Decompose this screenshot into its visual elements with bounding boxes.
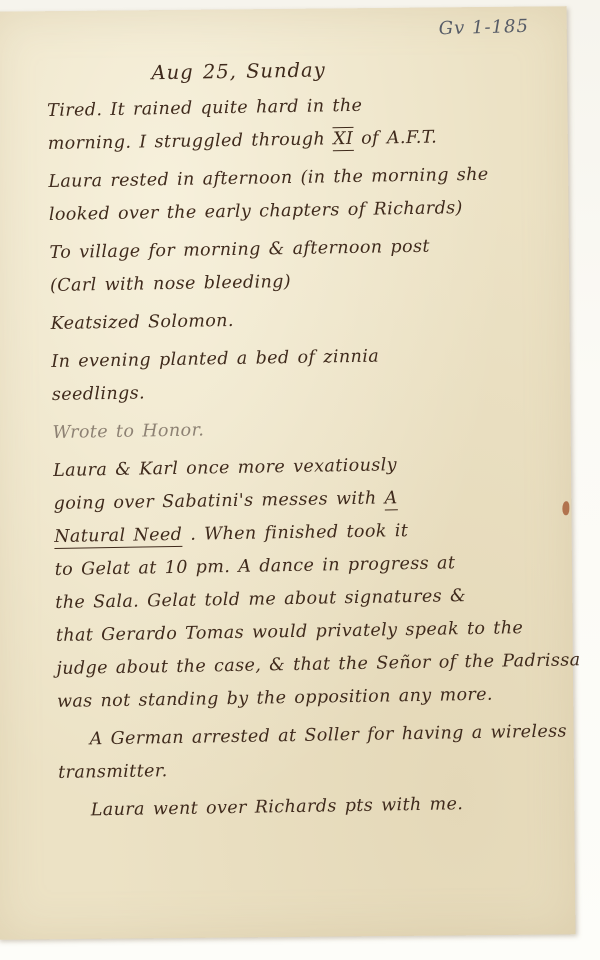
entry-date-heading: Aug 25, Sunday bbox=[151, 55, 551, 85]
manuscript-line: was not standing by the opposition any m… bbox=[57, 678, 562, 719]
underlined-phrase: XI bbox=[333, 127, 354, 151]
text-segment: In evening planted a bed of zinnia bbox=[51, 347, 379, 372]
manuscript-line: morning. I struggled through XI of A.F.T… bbox=[47, 120, 552, 161]
text-segment: seedlings. bbox=[52, 383, 145, 405]
manuscript-line: Laura went over Richards pts with me. bbox=[59, 787, 564, 828]
underlined-phrase: Natural Need bbox=[54, 525, 182, 549]
text-segment: looked over the early chapters of Richar… bbox=[49, 198, 463, 225]
manuscript-line: (Carl with nose bleeding) bbox=[50, 262, 555, 303]
text-segment: was not standing by the opposition any m… bbox=[57, 685, 493, 712]
manuscript-line: transmitter. bbox=[58, 749, 563, 790]
manuscript-line: looked over the early chapters of Richar… bbox=[49, 191, 554, 232]
text-segment: Tired. It rained quite hard in the bbox=[47, 96, 362, 121]
text-segment: Laura went over Richards pts with me. bbox=[91, 794, 464, 820]
text-segment: (Carl with nose bleeding) bbox=[50, 272, 291, 296]
text-segment: Wrote to Honor. bbox=[52, 420, 204, 443]
text-segment: of A.F.T. bbox=[353, 128, 437, 149]
text-segment: Laura rested in afternoon (in the mornin… bbox=[48, 165, 489, 192]
entry-lines: Tired. It rained quite hard in themornin… bbox=[47, 87, 564, 828]
text-segment: that Gerardo Tomas would privately speak… bbox=[56, 618, 524, 646]
text-segment: judge about the case, & that the Señor o… bbox=[56, 650, 580, 679]
archival-reference-number: Gv 1-185 bbox=[438, 16, 529, 39]
diary-entry: Aug 25, Sunday Tired. It rained quite ha… bbox=[46, 55, 564, 828]
text-segment: transmitter. bbox=[58, 761, 168, 783]
manuscript-line: Wrote to Honor. bbox=[52, 409, 557, 450]
text-segment: going over Sabatini's messes with bbox=[54, 488, 385, 513]
text-segment: A German arrested at Soller for having a… bbox=[89, 721, 567, 749]
manuscript-line: seedlings. bbox=[52, 371, 557, 412]
text-segment: the Sala. Gelat told me about signatures… bbox=[55, 586, 466, 613]
manuscript-line: Keatsized Solomon. bbox=[50, 300, 555, 341]
text-segment: Laura & Karl once more vexatiously bbox=[53, 455, 397, 481]
text-segment: . When finished took it bbox=[182, 521, 408, 545]
text-segment: Keatsized Solomon. bbox=[51, 311, 234, 334]
paper-edge-stain bbox=[562, 501, 569, 515]
diary-page: Gv 1-185 Aug 25, Sunday Tired. It rained… bbox=[0, 6, 575, 940]
underlined-phrase: A bbox=[384, 488, 397, 510]
text-segment: morning. I struggled through bbox=[48, 129, 334, 154]
text-segment: To village for morning & afternoon post bbox=[49, 237, 430, 263]
text-segment: to Gelat at 10 pm. A dance in progress a… bbox=[55, 553, 456, 580]
